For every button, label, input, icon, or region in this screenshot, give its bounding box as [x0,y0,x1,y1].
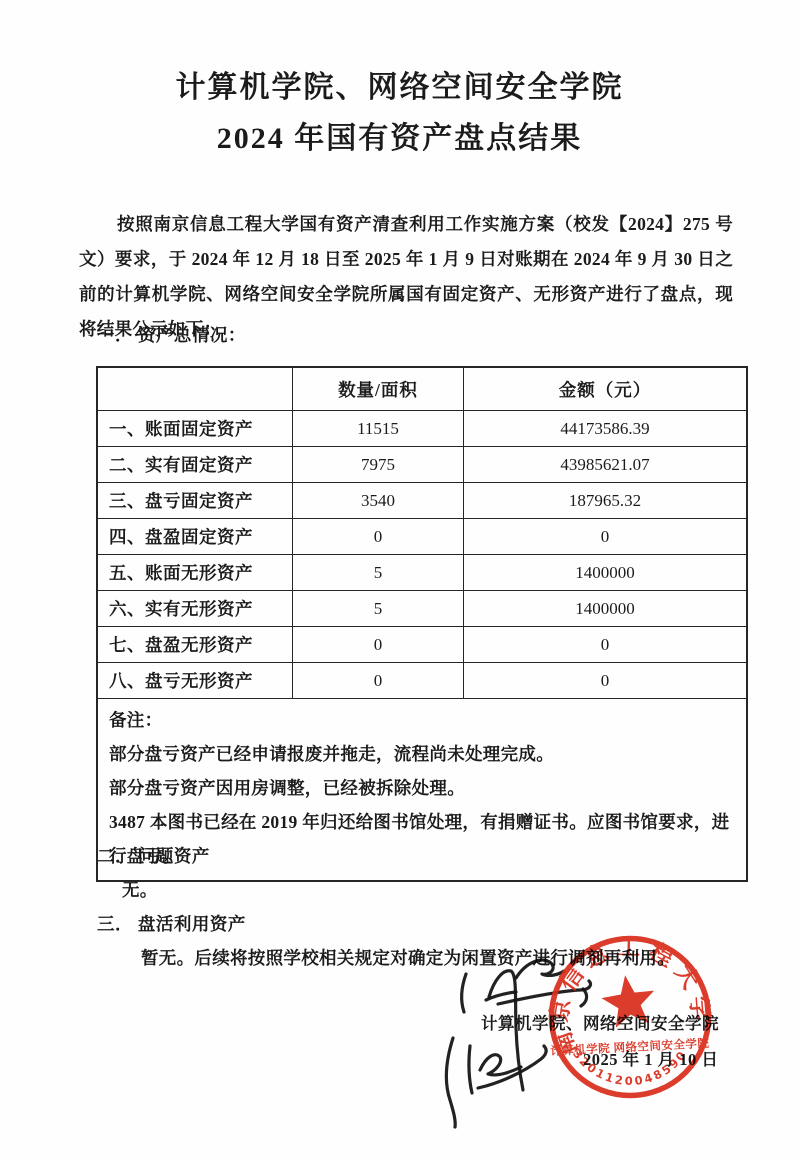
row-qty-cell: 11515 [293,411,464,447]
row-amount-cell: 1400000 [464,591,748,627]
row-qty-cell: 0 [293,519,464,555]
table-row: 六、实有无形资产 5 1400000 [97,591,747,627]
row-amount-cell: 1400000 [464,555,748,591]
scanned-document-page: 计算机学院、网络空间安全学院 2024 年国有资产盘点结果 按照南京信息工程大学… [0,0,799,1159]
row-label-cell: 六、实有无形资产 [97,591,293,627]
table-row: 三、盘亏固定资产 3540 187965.32 [97,483,747,519]
row-label-cell: 二、实有固定资产 [97,447,293,483]
section3-heading: 三． 盘活利用资产 [97,911,246,936]
row-label-cell: 七、盘盈无形资产 [97,627,293,663]
row-label-cell: 八、盘亏无形资产 [97,663,293,699]
table-row: 七、盘盈无形资产 0 0 [97,627,747,663]
signoff-organization: 计算机学院、网络空间安全学院 [481,1010,719,1034]
signoff-date: 2025 年 1 月 10 日 [583,1046,718,1070]
row-label-cell: 四、盘盈固定资产 [97,519,293,555]
table-row: 一、账面固定资产 11515 44173586.39 [97,411,747,447]
row-amount-cell: 43985621.07 [464,447,748,483]
table-row: 二、实有固定资产 7975 43985621.07 [97,447,747,483]
notes-title: 备注： [109,703,736,737]
table-header-row: 数量/面积 金额（元） [97,367,747,411]
row-label-cell: 一、账面固定资产 [97,411,293,447]
row-qty-cell: 0 [293,663,464,699]
section3-body: 暂无。后续将按照学校相关规定对确定为闲置资产进行调剂再利用。 [141,945,675,970]
row-amount-cell: 0 [464,627,748,663]
doc-title-line1: 计算机学院、网络空间安全学院 [0,62,799,106]
row-label-cell: 三、盘亏固定资产 [97,483,293,519]
row-qty-cell: 3540 [293,483,464,519]
table-row: 五、账面无形资产 5 1400000 [97,555,747,591]
row-qty-cell: 7975 [293,447,464,483]
table-row: 八、盘亏无形资产 0 0 [97,663,747,699]
notes-line: 部分盘亏资产因用房调整，已经被拆除处理。 [109,771,736,805]
row-amount-cell: 44173586.39 [464,411,748,447]
header-qty-cell: 数量/面积 [293,367,464,411]
row-qty-cell: 5 [293,591,464,627]
table-row: 四、盘盈固定资产 0 0 [97,519,747,555]
doc-title-line2: 2024 年国有资产盘点结果 [0,113,799,157]
section2-heading: 二． 问题资产 [97,843,210,868]
handwritten-signature-2 [446,1038,546,1127]
header-empty-cell [97,367,293,411]
row-qty-cell: 5 [293,555,464,591]
row-label-cell: 五、账面无形资产 [97,555,293,591]
row-amount-cell: 0 [464,519,748,555]
notes-line: 部分盘亏资产已经申请报废并拖走，流程尚未处理完成。 [109,737,736,771]
section2-body: 无。 [122,877,158,902]
row-qty-cell: 0 [293,627,464,663]
row-amount-cell: 0 [464,663,748,699]
asset-summary-table: 数量/面积 金额（元） 一、账面固定资产 11515 44173586.39 二… [96,366,748,882]
row-amount-cell: 187965.32 [464,483,748,519]
section1-heading: 一． 资产总情况： [97,322,246,347]
seal-ring-text: 南京信息工程大学 [530,917,718,1059]
header-amount-cell: 金额（元） [464,367,748,411]
